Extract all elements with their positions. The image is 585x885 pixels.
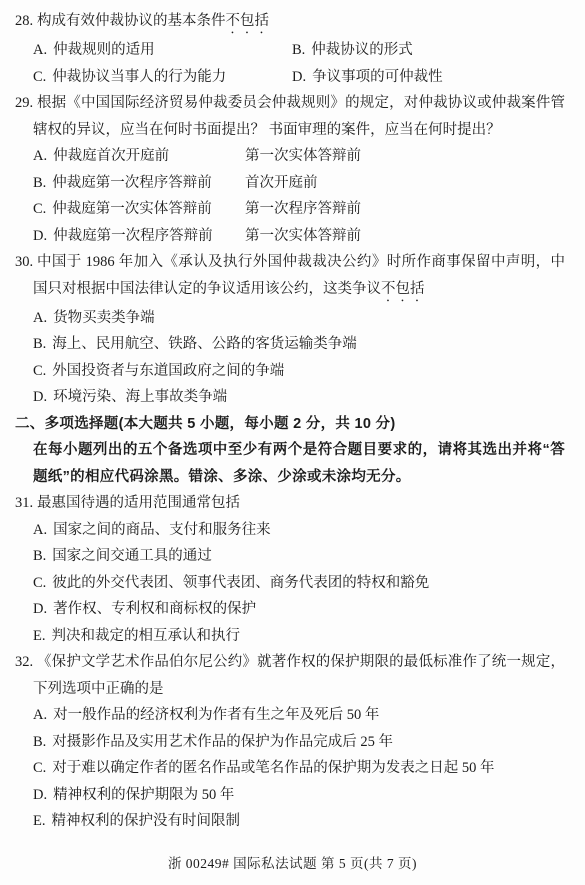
- option-label: D.: [33, 787, 47, 803]
- question-32-option-e: E.精神权利的保护没有时间限制: [33, 808, 565, 835]
- question-28-option-c: C.仲裁协议当事人的行为能力: [33, 64, 292, 91]
- option-label: D.: [33, 389, 47, 405]
- option-label: C.: [33, 363, 46, 379]
- option-text: 对一般作品的经济权利为作者有生之年及死后 50 年: [53, 707, 379, 723]
- question-30-option-c: C.外国投资者与东道国政府之间的争端: [33, 358, 565, 385]
- option-text: 外国投资者与东道国政府之间的争端: [52, 363, 284, 379]
- option-label: B.: [33, 734, 46, 750]
- option-label: C.: [33, 575, 46, 591]
- question-31-option-e: E.判决和裁定的相互承认和执行: [33, 623, 565, 650]
- question-28-options: A.仲裁规则的适用 B.仲裁协议的形式 C.仲裁协议当事人的行为能力 D.争议事…: [33, 37, 565, 90]
- question-28-number: 28.: [15, 8, 33, 35]
- question-29-number: 29.: [15, 90, 33, 117]
- option-text: 货物买卖类争端: [53, 310, 155, 326]
- option-label: E.: [33, 813, 45, 829]
- option-text: 国家之间交通工具的通过: [52, 548, 212, 564]
- option-second-column-text: 第一次程序答辩前: [245, 196, 361, 223]
- option-label: A.: [33, 42, 47, 58]
- option-text: 国家之间的商品、支付和服务往来: [53, 522, 271, 538]
- question-31-option-d: D.著作权、专利权和商标权的保护: [33, 596, 565, 623]
- section-2-header: 二、多项选择题(本大题共 5 小题，每小题 2 分，共 10 分) 在每小题列出…: [15, 411, 565, 491]
- section-2-title: 二、多项选择题(本大题共 5 小题，每小题 2 分，共 10 分): [15, 411, 565, 438]
- question-29: 29. 根据《中国国际经济贸易仲裁委员会仲裁规则》的规定，对仲裁协议或仲裁案件管…: [15, 90, 565, 249]
- exam-document-page: 28. 构成有效仲裁协议的基本条件不包括 A.仲裁规则的适用 B.仲裁协议的形式…: [0, 0, 585, 885]
- question-29-option-c: C.仲裁庭第一次实体答辩前 第一次程序答辩前: [33, 196, 565, 223]
- option-text: 彼此的外交代表团、领事代表团、商务代表团的特权和豁免: [52, 575, 429, 591]
- option-label: D.: [292, 69, 306, 85]
- question-29-option-d: D.仲裁庭第一次程序答辩前 第一次实体答辩前: [33, 223, 565, 250]
- option-label: B.: [33, 548, 46, 564]
- option-label: D.: [33, 601, 47, 617]
- question-32-number: 32.: [15, 649, 33, 676]
- question-30-stem-text: 中国于 1986 年加入《承认及执行外国仲裁裁决公约》时所作商事保留中声明，中国…: [33, 254, 565, 297]
- option-label: B.: [292, 42, 305, 58]
- option-label: C.: [33, 760, 46, 776]
- option-text: 仲裁庭第一次程序答辩前: [53, 228, 213, 244]
- question-31-number: 31.: [15, 490, 33, 517]
- option-label: E.: [33, 628, 45, 644]
- question-30-option-d: D.环境污染、海上事故类争端: [33, 384, 565, 411]
- option-text: 仲裁协议当事人的行为能力: [52, 69, 226, 85]
- question-32-option-d: D.精神权利的保护期限为 50 年: [33, 782, 565, 809]
- question-31-options: A.国家之间的商品、支付和服务往来 B.国家之间交通工具的通过 C.彼此的外交代…: [33, 517, 565, 650]
- question-28-option-d: D.争议事项的可仲裁性: [292, 64, 565, 91]
- option-text: 判决和裁定的相互承认和执行: [51, 628, 240, 644]
- option-text: 精神权利的保护期限为 50 年: [53, 787, 234, 803]
- question-31-stem: 最惠国待遇的适用范围通常包括: [33, 490, 565, 517]
- option-label: A.: [33, 707, 47, 723]
- option-text: 仲裁庭第一次实体答辩前: [52, 201, 212, 217]
- option-label: C.: [33, 201, 46, 217]
- option-second-column-text: 第一次实体答辩前: [245, 143, 361, 170]
- question-29-option-a: A.仲裁庭首次开庭前 第一次实体答辩前: [33, 143, 565, 170]
- option-label: D.: [33, 228, 47, 244]
- question-32-option-a: A.对一般作品的经济权利为作者有生之年及死后 50 年: [33, 702, 565, 729]
- question-32-option-b: B.对摄影作品及实用艺术作品的保护为作品完成后 25 年: [33, 729, 565, 756]
- option-text: 仲裁庭第一次程序答辩前: [52, 175, 212, 191]
- option-text: 仲裁协议的形式: [311, 42, 413, 58]
- option-second-column-text: 首次开庭前: [245, 170, 318, 197]
- question-31: 31. 最惠国待遇的适用范围通常包括 A.国家之间的商品、支付和服务往来 B.国…: [15, 490, 565, 649]
- question-32: 32. 《保护文学艺术作品伯尔尼公约》就著作权的保护期限的最低标准作了统一规定，…: [15, 649, 565, 835]
- option-text: 著作权、专利权和商标权的保护: [53, 601, 256, 617]
- question-30-number: 30.: [15, 249, 33, 276]
- option-label: A.: [33, 522, 47, 538]
- option-label: A.: [33, 148, 47, 164]
- question-32-option-c: C.对于难以确定作者的匿名作品或笔名作品的保护期为发表之日起 50 年: [33, 755, 565, 782]
- question-29-option-b: B.仲裁庭第一次程序答辩前 首次开庭前: [33, 170, 565, 197]
- section-2-instruction: 在每小题列出的五个备选项中至少有两个是符合题目要求的，请将其选出并将“答题纸”的…: [15, 437, 565, 490]
- page-footer: 浙 00249# 国际私法试题 第 5 页(共 7 页): [0, 851, 585, 878]
- option-text: 对摄影作品及实用艺术作品的保护为作品完成后 25 年: [52, 734, 393, 750]
- option-label: B.: [33, 336, 46, 352]
- question-30-options: A.货物买卖类争端 B.海上、民用航空、铁路、公路的客货运输类争端 C.外国投资…: [33, 305, 565, 411]
- question-29-stem: 根据《中国国际经济贸易仲裁委员会仲裁规则》的规定，对仲裁协议或仲裁案件管辖权的异…: [33, 90, 565, 143]
- question-28-option-b: B.仲裁协议的形式: [292, 37, 565, 64]
- question-31-option-a: A.国家之间的商品、支付和服务往来: [33, 517, 565, 544]
- question-30-emphasis: 不包括: [381, 281, 425, 297]
- question-28: 28. 构成有效仲裁协议的基本条件不包括 A.仲裁规则的适用 B.仲裁协议的形式…: [15, 8, 565, 90]
- option-text: 仲裁规则的适用: [53, 42, 155, 58]
- question-28-stem-text: 构成有效仲裁协议的基本条件: [37, 13, 226, 29]
- question-28-emphasis: 不包括: [226, 13, 270, 29]
- option-second-column-text: 第一次实体答辩前: [245, 223, 361, 250]
- question-28-option-a: A.仲裁规则的适用: [33, 37, 292, 64]
- question-30-option-a: A.货物买卖类争端: [33, 305, 565, 332]
- option-text: 仲裁庭首次开庭前: [53, 148, 169, 164]
- question-30-option-b: B.海上、民用航空、铁路、公路的客货运输类争端: [33, 331, 565, 358]
- question-30: 30. 中国于 1986 年加入《承认及执行外国仲裁裁决公约》时所作商事保留中声…: [15, 249, 565, 411]
- option-label: C.: [33, 69, 46, 85]
- option-label: A.: [33, 310, 47, 326]
- question-32-stem: 《保护文学艺术作品伯尔尼公约》就著作权的保护期限的最低标准作了统一规定，下列选项…: [33, 649, 565, 702]
- question-29-options: A.仲裁庭首次开庭前 第一次实体答辩前 B.仲裁庭第一次程序答辩前 首次开庭前 …: [33, 143, 565, 249]
- question-31-option-c: C.彼此的外交代表团、领事代表团、商务代表团的特权和豁免: [33, 570, 565, 597]
- option-text: 精神权利的保护没有时间限制: [51, 813, 240, 829]
- option-label: B.: [33, 175, 46, 191]
- option-text: 争议事项的可仲裁性: [312, 69, 443, 85]
- question-28-stem: 构成有效仲裁协议的基本条件不包括: [33, 8, 565, 37]
- question-32-options: A.对一般作品的经济权利为作者有生之年及死后 50 年 B.对摄影作品及实用艺术…: [33, 702, 565, 835]
- question-31-option-b: B.国家之间交通工具的通过: [33, 543, 565, 570]
- option-text: 对于难以确定作者的匿名作品或笔名作品的保护期为发表之日起 50 年: [52, 760, 494, 776]
- option-text: 海上、民用航空、铁路、公路的客货运输类争端: [52, 336, 357, 352]
- question-30-stem: 中国于 1986 年加入《承认及执行外国仲裁裁决公约》时所作商事保留中声明，中国…: [33, 249, 565, 305]
- option-text: 环境污染、海上事故类争端: [53, 389, 227, 405]
